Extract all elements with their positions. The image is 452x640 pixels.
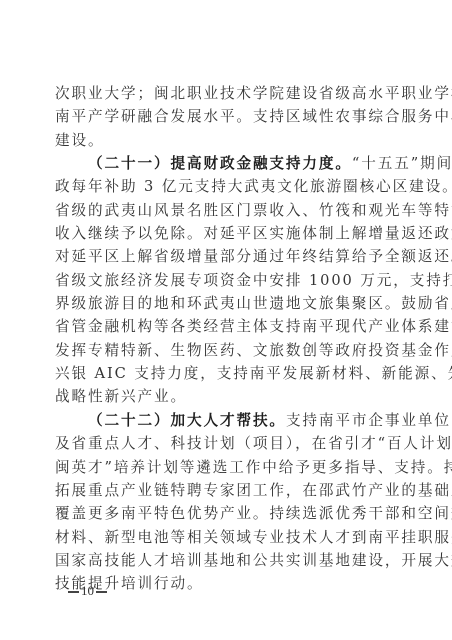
text-run: 支持南平市企事业单位申报国家	[286, 412, 452, 429]
text-line: 拓展重点产业链特聘专家团工作，在邵武竹产业的基础上，争取	[55, 479, 393, 502]
section-heading-line: （二十一）提高财政金融支持力度。“十五五”期间，省财	[55, 152, 393, 175]
text-run: “十五五”期间，省财	[352, 155, 452, 172]
document-body: 次职业大学；闽北职业技术学院建设省级高水平职业学校，提升 南平产学研融合发展水平…	[55, 82, 393, 596]
page-number: 10	[66, 582, 109, 600]
dash-left	[68, 591, 79, 592]
section-heading-21: （二十一）提高财政金融支持力度。	[88, 155, 352, 172]
text-line: 次职业大学；闽北职业技术学院建设省级高水平职业学校，提升	[55, 82, 393, 105]
text-line: 收入继续予以免除。对延平区实施体制上解增量返还政策，继续	[55, 222, 393, 245]
text-line: 南平产学研融合发展水平。支持区域性农事综合服务中心在南平	[55, 105, 393, 128]
text-line: 省级的武夷山风景名胜区门票收入、竹筏和观光车等特许专营权	[55, 199, 393, 222]
text-line: 界级旅游目的地和环武夷山世遗地文旅集聚区。鼓励省属企业、	[55, 292, 393, 315]
text-line: 建设。	[55, 129, 393, 152]
text-line: 政每年补助 3 亿元支持大武夷文化旅游圈核心区建设。对原缴入	[55, 175, 393, 198]
text-line: 发挥专精特新、生物医药、文旅数创等政府投资基金作用，加大	[55, 339, 393, 362]
text-line: 覆盖更多南平特色优势产业。持续选派优秀干部和空间规划、新	[55, 502, 393, 525]
text-line: 对延平区上解省级增量部分通过年终结算给予全额返还。每年从	[55, 245, 393, 268]
section-heading-line: （二十二）加大人才帮扶。支持南平市企事业单位申报国家	[55, 409, 393, 432]
text-line: 材料、新型电池等相关领域专业技术人才到南平挂职服务。支持	[55, 526, 393, 549]
dash-right	[96, 591, 107, 592]
document-page: 次职业大学；闽北职业技术学院建设省级高水平职业学校，提升 南平产学研融合发展水平…	[0, 0, 452, 640]
text-line: 省级文旅经济发展专项资金中安排 1000 万元，支持打造武夷山世	[55, 269, 393, 292]
text-line: 省管金融机构等各类经营主体支持南平现代产业体系建设，积极	[55, 315, 393, 338]
text-line: 兴银 AIC 支持力度，支持南平发展新材料、新能源、先进制造等	[55, 362, 393, 385]
text-line: 战略性新兴产业。	[55, 385, 393, 408]
text-line: 闽英才”培养计划等遴选工作中给予更多指导、支持。持续深化	[55, 456, 393, 479]
text-line: 及省重点人才、科技计划（项目），在省引才“百人计划”“八	[55, 432, 393, 455]
text-line: 国家高技能人才培训基地和公共实训基地建设，开展大规模职业	[55, 549, 393, 572]
section-heading-22: （二十二）加大人才帮扶。	[88, 412, 286, 429]
page-number-value: 10	[81, 583, 94, 598]
